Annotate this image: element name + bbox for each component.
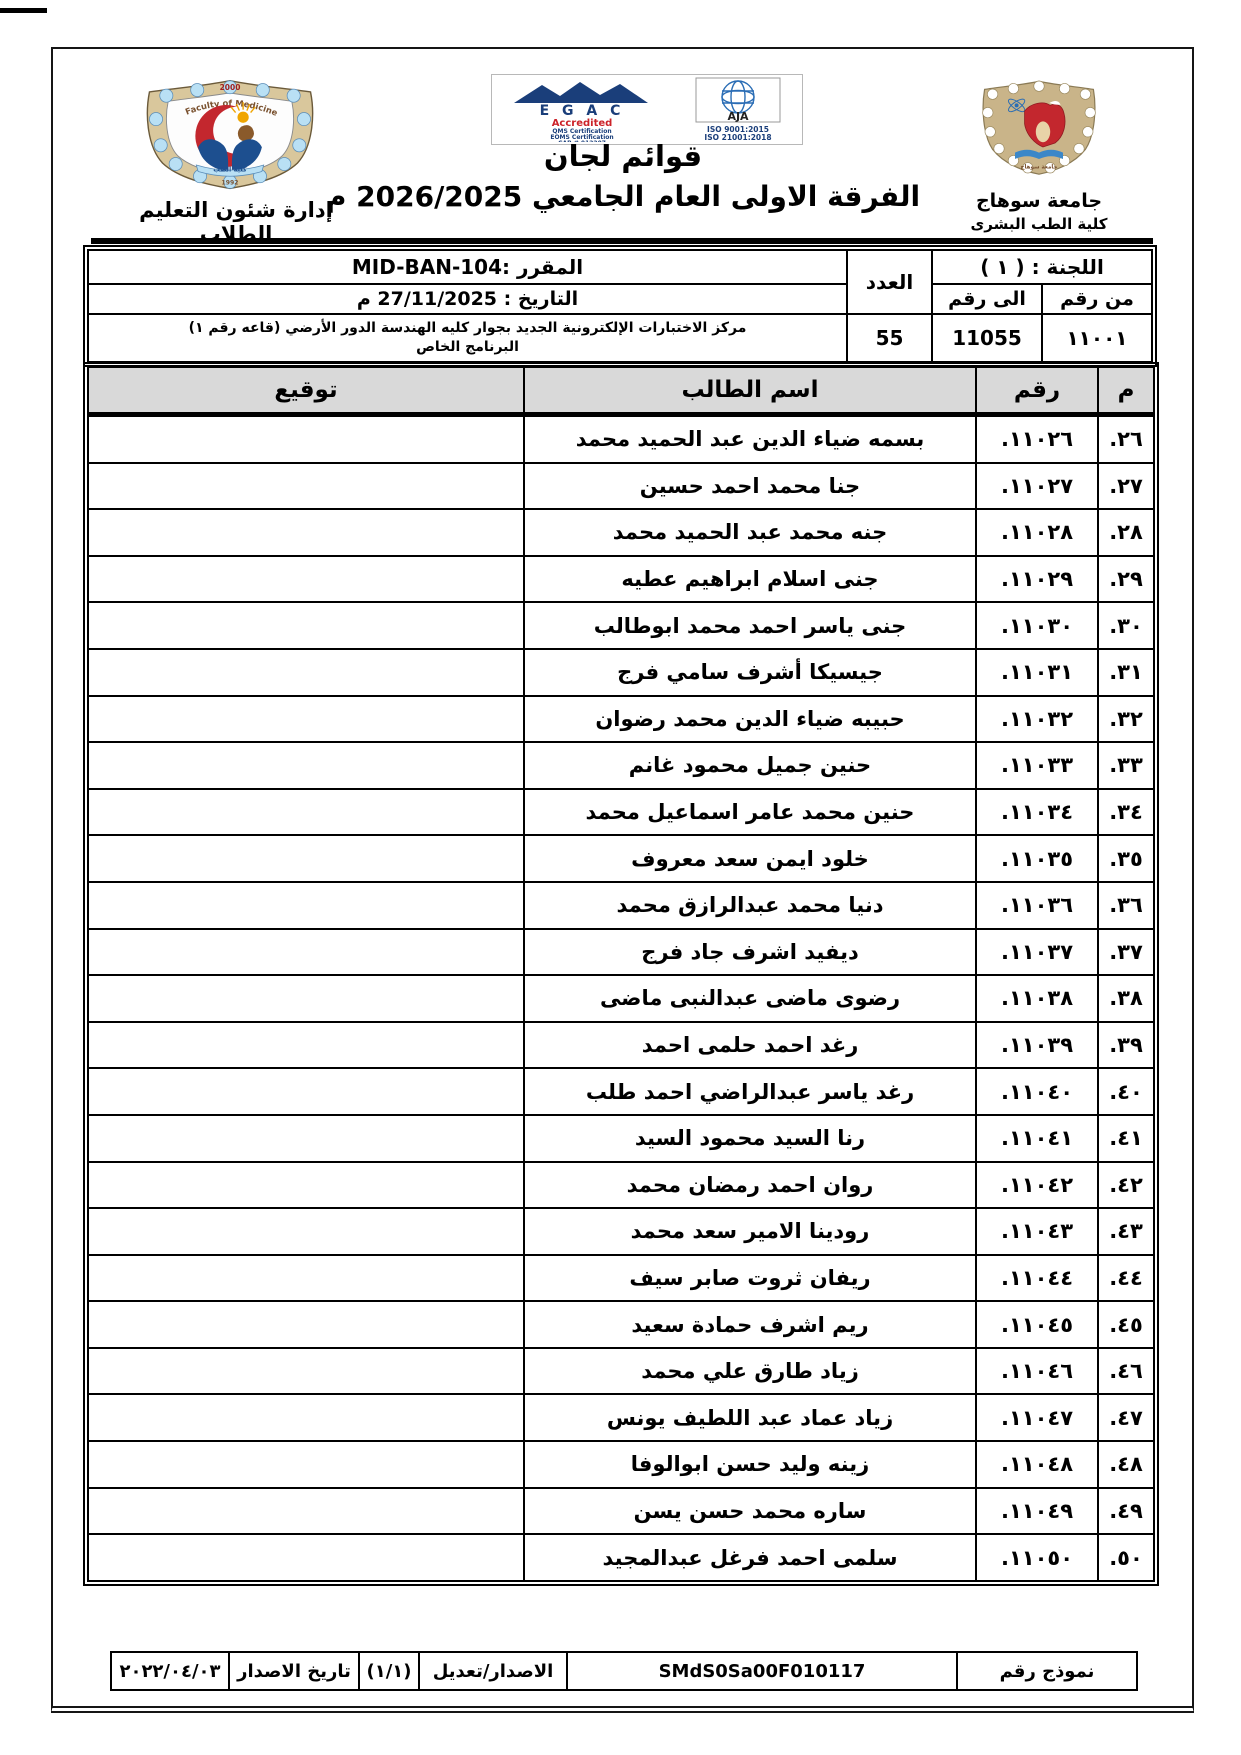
student-name-cell: رغد ياسر عبدالراضي احمد طلب <box>524 1068 976 1115</box>
exam-location: مركز الاختبارات الإلكترونية الجديد بجوار… <box>88 314 847 362</box>
serial-cell: ٣٢. <box>1098 696 1154 743</box>
serial-cell: ٣٧. <box>1098 929 1154 976</box>
table-row: ٣٦.١١٠٣٦.دنيا محمد عبدالرازق محمد <box>88 882 1154 929</box>
serial-cell: ٢٦. <box>1098 415 1154 463</box>
number-cell: ١١٠٣٧. <box>976 929 1098 976</box>
table-row: ٢٦.١١٠٢٦.بسمه ضياء الدين عبد الحميد محمد <box>88 415 1154 463</box>
student-name-cell: حنين جميل محمود غانم <box>524 742 976 789</box>
table-row: ٢٨.١١٠٢٨.جنه محمد عبد الحميد محمد <box>88 509 1154 556</box>
student-name-cell: حبيبه ضياء الدين محمد رضوان <box>524 696 976 743</box>
serial-cell: ٤٧. <box>1098 1394 1154 1441</box>
student-name-cell: ريفان ثروت صابر سيف <box>524 1255 976 1302</box>
page-frame: 2000 Faculty of Medicine كلية الطب 1992 … <box>51 47 1194 1713</box>
serial-cell: ٣٠. <box>1098 602 1154 649</box>
number-cell: ١١٠٤٠. <box>976 1068 1098 1115</box>
table-row: ٤٤.١١٠٤٤.ريفان ثروت صابر سيف <box>88 1255 1154 1302</box>
serial-header: م <box>1098 367 1154 415</box>
number-cell: ١١٠٤٢. <box>976 1162 1098 1209</box>
signature-cell <box>88 463 524 510</box>
number-cell: ١١٠٤٤. <box>976 1255 1098 1302</box>
egac-accredited-icon: E G A C Accredited QMS Certification EOM… <box>496 77 668 142</box>
serial-cell: ٣٥. <box>1098 835 1154 882</box>
signature-cell <box>88 1534 524 1581</box>
serial-cell: ٣٦. <box>1098 882 1154 929</box>
issue-date-value: ٢٠٢٢/٠٤/٠٣ <box>111 1652 229 1690</box>
count-value: 55 <box>847 314 932 362</box>
table-row: ٤٧.١١٠٤٧.زياد عماد عبد اللطيف يونس <box>88 1394 1154 1441</box>
signature-cell <box>88 556 524 603</box>
signature-cell <box>88 1255 524 1302</box>
number-cell: ١١٠٣٦. <box>976 882 1098 929</box>
number-cell: ١١٠٥٠. <box>976 1534 1098 1581</box>
sohag-university-logo-icon: جامعة سوهاج <box>975 79 1103 187</box>
table-row: ٣١.١١٠٣١.جيسيكا أشرف سامي فرج <box>88 649 1154 696</box>
number-cell: ١١٠٣٤. <box>976 789 1098 836</box>
student-table-header-row: م رقم اسم الطالب توقيع <box>88 367 1154 415</box>
serial-cell: ٤٦. <box>1098 1348 1154 1395</box>
table-row: ٤٦.١١٠٤٦.زياد طارق علي محمد <box>88 1348 1154 1395</box>
table-row: ٣٢.١١٠٣٢.حبيبه ضياء الدين محمد رضوان <box>88 696 1154 743</box>
document-page: { "header": { "dept_label": "إدارة شئون … <box>0 0 1241 1755</box>
student-name-cell: ديفيد اشرف جاد فرج <box>524 929 976 976</box>
number-cell: ١١٠٤٧. <box>976 1394 1098 1441</box>
serial-cell: ٢٧. <box>1098 463 1154 510</box>
student-name-cell: حنين محمد عامر اسماعيل محمد <box>524 789 976 836</box>
svg-text:2000: 2000 <box>220 83 241 92</box>
table-row: ٥٠.١١٠٥٠.سلمى احمد فرغل عبدالمجيد <box>88 1534 1154 1581</box>
table-row: ٤٠.١١٠٤٠.رغد ياسر عبدالراضي احمد طلب <box>88 1068 1154 1115</box>
number-cell: ١١٠٤٦. <box>976 1348 1098 1395</box>
svg-text:كلية الطب: كلية الطب <box>213 166 247 174</box>
student-name-cell: ساره محمد حسن يسن <box>524 1488 976 1535</box>
table-row: ٤٥.١١٠٤٥.ريم اشرف حمادة سعيد <box>88 1301 1154 1348</box>
faculty-name: كلية الطب البشرى <box>933 215 1145 233</box>
number-cell: ١١٠٣٠. <box>976 602 1098 649</box>
student-name-cell: خلود ايمن سعد معروف <box>524 835 976 882</box>
signature-cell <box>88 1348 524 1395</box>
committee-number: اللجنة : ( ١ ) <box>932 250 1152 284</box>
serial-cell: ٤٥. <box>1098 1301 1154 1348</box>
form-number-label: نموذج رقم <box>957 1652 1137 1690</box>
to-number-label: الى رقم <box>932 284 1042 314</box>
from-number-label: من رقم <box>1042 284 1152 314</box>
signature-cell <box>88 789 524 836</box>
exam-location-line1: مركز الاختبارات الإلكترونية الجديد بجوار… <box>89 319 846 338</box>
signature-cell <box>88 649 524 696</box>
number-cell: ١١٠٢٧. <box>976 463 1098 510</box>
university-name: جامعة سوهاج <box>933 190 1145 212</box>
signature-cell <box>88 696 524 743</box>
number-cell: ١١٠٣٣. <box>976 742 1098 789</box>
svg-text:جامعة سوهاج: جامعة سوهاج <box>1020 165 1057 171</box>
header-divider <box>91 238 1153 244</box>
student-name-cell: رضوى ماضى عبدالنبى ماضى <box>524 975 976 1022</box>
serial-cell: ٤٢. <box>1098 1162 1154 1209</box>
svg-text:1992: 1992 <box>222 180 239 187</box>
exam-date: التاريخ : 27/11/2025 م <box>88 284 847 314</box>
student-name-cell: رودينا الامير سعد محمد <box>524 1208 976 1255</box>
student-name-cell: سلمى احمد فرغل عبدالمجيد <box>524 1534 976 1581</box>
serial-cell: ٤٠. <box>1098 1068 1154 1115</box>
accreditation-box: E G A C Accredited QMS Certification EOM… <box>491 74 803 145</box>
name-header: اسم الطالب <box>524 367 976 415</box>
table-row: ٢٩.١١٠٢٩.جنى اسلام ابراهيم عطيه <box>88 556 1154 603</box>
signature-cell <box>88 835 524 882</box>
scan-artifact <box>0 8 47 13</box>
serial-cell: ٤٨. <box>1098 1441 1154 1488</box>
signature-cell <box>88 1115 524 1162</box>
signature-cell <box>88 929 524 976</box>
serial-cell: ٣٤. <box>1098 789 1154 836</box>
serial-cell: ٣٩. <box>1098 1022 1154 1069</box>
svg-text:AJA: AJA <box>727 110 749 123</box>
number-cell: ١١٠٤٣. <box>976 1208 1098 1255</box>
number-cell: ١١٠٣٢. <box>976 696 1098 743</box>
student-name-cell: جنى ياسر احمد محمد ابوطالب <box>524 602 976 649</box>
number-cell: ١١٠٤١. <box>976 1115 1098 1162</box>
number-cell: ١١٠٣٨. <box>976 975 1098 1022</box>
student-name-cell: رنا السيد محمود السيد <box>524 1115 976 1162</box>
signature-cell <box>88 509 524 556</box>
table-row: ٣٥.١١٠٣٥.خلود ايمن سعد معروف <box>88 835 1154 882</box>
student-name-cell: جنه محمد عبد الحميد محمد <box>524 509 976 556</box>
table-row: ٣٤.١١٠٣٤.حنين محمد عامر اسماعيل محمد <box>88 789 1154 836</box>
issue-date-label: تاريخ الاصدار <box>229 1652 359 1690</box>
number-cell: ١١٠٢٩. <box>976 556 1098 603</box>
committee-info-table: اللجنة : ( ١ ) العدد المقرر :MID-BAN-104… <box>87 249 1153 363</box>
from-number-value: ١١٠٠١ <box>1042 314 1152 362</box>
student-name-cell: رغد احمد حلمى احمد <box>524 1022 976 1069</box>
signature-cell <box>88 1068 524 1115</box>
serial-cell: ٢٩. <box>1098 556 1154 603</box>
course-code: المقرر :MID-BAN-104 <box>88 250 847 284</box>
serial-cell: ٥٠. <box>1098 1534 1154 1581</box>
number-cell: ١١٠٤٥. <box>976 1301 1098 1348</box>
serial-cell: ٣٣. <box>1098 742 1154 789</box>
table-row: ٣٩.١١٠٣٩.رغد احمد حلمى احمد <box>88 1022 1154 1069</box>
form-footer-table: نموذج رقم SMdS0Sa00F010117 الاصدار/تعديل… <box>110 1651 1138 1691</box>
version-label: الاصدار/تعديل <box>419 1652 567 1690</box>
signature-cell <box>88 1162 524 1209</box>
table-row: ٤١.١١٠٤١.رنا السيد محمود السيد <box>88 1115 1154 1162</box>
serial-cell: ٤٤. <box>1098 1255 1154 1302</box>
table-row: ٢٧.١١٠٢٧.جنا محمد احمد حسين <box>88 463 1154 510</box>
signature-cell <box>88 602 524 649</box>
table-row: ٤٩.١١٠٤٩.ساره محمد حسن يسن <box>88 1488 1154 1535</box>
serial-cell: ٤٩. <box>1098 1488 1154 1535</box>
signature-cell <box>88 1441 524 1488</box>
number-cell: ١١٠٤٩. <box>976 1488 1098 1535</box>
student-name-cell: زينه وليد حسن ابوالوفا <box>524 1441 976 1488</box>
faculty-of-medicine-logo-icon: 2000 Faculty of Medicine كلية الطب 1992 <box>127 76 333 194</box>
signature-header: توقيع <box>88 367 524 415</box>
table-row: ٤٣.١١٠٤٣.رودينا الامير سعد محمد <box>88 1208 1154 1255</box>
student-name-cell: زياد عماد عبد اللطيف يونس <box>524 1394 976 1441</box>
table-row: ٤٨.١١٠٤٨.زينه وليد حسن ابوالوفا <box>88 1441 1154 1488</box>
signature-cell <box>88 415 524 463</box>
number-cell: ١١٠٢٨. <box>976 509 1098 556</box>
student-name-cell: بسمه ضياء الدين عبد الحميد محمد <box>524 415 976 463</box>
table-row: ٣٧.١١٠٣٧.ديفيد اشرف جاد فرج <box>88 929 1154 976</box>
number-cell: ١١٠٣٩. <box>976 1022 1098 1069</box>
number-cell: ١١٠٣١. <box>976 649 1098 696</box>
table-row: ٣٨.١١٠٣٨.رضوى ماضى عبدالنبى ماضى <box>88 975 1154 1022</box>
signature-cell <box>88 1394 524 1441</box>
signature-cell <box>88 882 524 929</box>
number-cell: ١١٠٢٦. <box>976 415 1098 463</box>
table-row: ٤٢.١١٠٤٢.روان احمد رمضان محمد <box>88 1162 1154 1209</box>
signature-cell <box>88 1022 524 1069</box>
serial-cell: ٣١. <box>1098 649 1154 696</box>
student-name-cell: روان احمد رمضان محمد <box>524 1162 976 1209</box>
serial-cell: ٤٣. <box>1098 1208 1154 1255</box>
student-name-cell: جيسيكا أشرف سامي فرج <box>524 649 976 696</box>
count-label: العدد <box>847 250 932 314</box>
svg-text:E G A C: E G A C <box>540 103 625 119</box>
page-title: قوائم لجان <box>373 139 873 173</box>
exam-location-line2: البرنامج الخاص <box>89 338 846 357</box>
signature-cell <box>88 1488 524 1535</box>
signature-cell <box>88 742 524 789</box>
student-rows: ٢٦.١١٠٢٦.بسمه ضياء الدين عبد الحميد محمد… <box>88 415 1154 1581</box>
number-cell: ١١٠٤٨. <box>976 1441 1098 1488</box>
number-cell: ١١٠٣٥. <box>976 835 1098 882</box>
student-name-cell: دنيا محمد عبدالرازق محمد <box>524 882 976 929</box>
table-row: ٣٣.١١٠٣٣.حنين جميل محمود غانم <box>88 742 1154 789</box>
signature-cell <box>88 1301 524 1348</box>
page-subtitle: الفرقة الاولى العام الجامعي 2026/2025 م <box>303 180 943 213</box>
form-number-value: SMdS0Sa00F010117 <box>567 1652 957 1690</box>
table-row: ٣٠.١١٠٣٠.جنى ياسر احمد محمد ابوطالب <box>88 602 1154 649</box>
number-header: رقم <box>976 367 1098 415</box>
serial-cell: ٤١. <box>1098 1115 1154 1162</box>
version-value: (١/١) <box>359 1652 419 1690</box>
student-name-cell: جنى اسلام ابراهيم عطيه <box>524 556 976 603</box>
student-name-cell: ريم اشرف حمادة سعيد <box>524 1301 976 1348</box>
serial-cell: ٣٨. <box>1098 975 1154 1022</box>
signature-cell <box>88 975 524 1022</box>
to-number-value: 11055 <box>932 314 1042 362</box>
aja-iso-icon: AJA ISO 9001:2015 ISO 21001:2018 <box>678 77 798 142</box>
signature-cell <box>88 1208 524 1255</box>
student-name-cell: زياد طارق علي محمد <box>524 1348 976 1395</box>
serial-cell: ٢٨. <box>1098 509 1154 556</box>
student-name-cell: جنا محمد احمد حسين <box>524 463 976 510</box>
student-table: م رقم اسم الطالب توقيع ٢٦.١١٠٢٦.بسمه ضيا… <box>87 366 1155 1582</box>
